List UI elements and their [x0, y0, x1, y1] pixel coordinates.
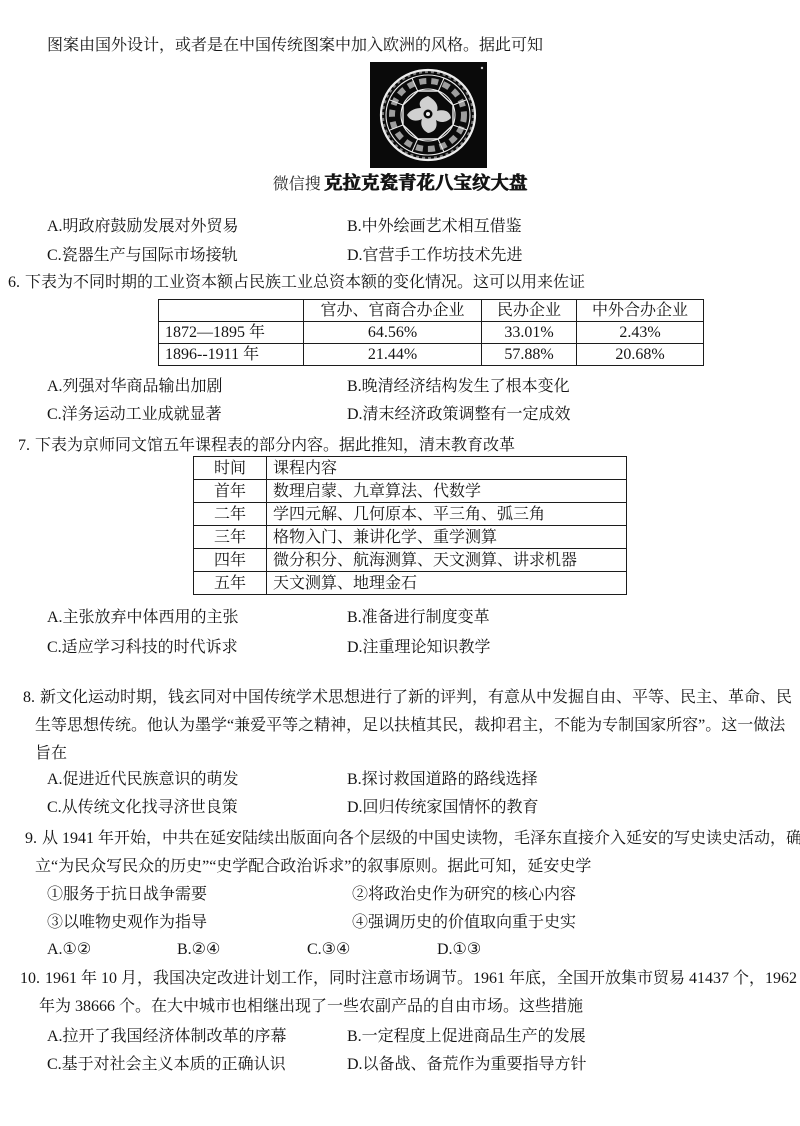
q9-items-row-34: ③以唯物史观作为指导 ④强调历史的价值取向重于史实 [0, 913, 800, 935]
q9-answer-b: B.②④ [177, 940, 220, 959]
q5-options-row-ab: A.明政府鼓励发展对外贸易 B.中外绘画艺术相互借鉴 [0, 217, 800, 239]
q6-option-b: B.晚清经济结构发生了根本变化 [347, 377, 570, 396]
q10-stem-line-1: 10.1961 年 10 月，我国决定改进计划工作，同时注意市场调节。1961 … [20, 969, 797, 988]
q8-options-row-cd: C.从传统文化找寻济世良策 D.回归传统家国情怀的教育 [0, 798, 800, 820]
q5-option-c: C.瓷器生产与国际市场接轨 [47, 246, 238, 265]
q10-stem-line-2: 年为 38666 个。在大中城市也相继出现了一些农副产品的自由市场。这些措施 [39, 997, 583, 1016]
q9-answer-d: D.①③ [437, 940, 481, 959]
q7-table-row-3: 三年 格物入门、兼讲化学、重学测算 [194, 526, 627, 549]
q7-row4-courses: 微分积分、航海测算、天文测算、讲求机器 [267, 549, 627, 572]
q10-options-row-cd: C.基于对社会主义本质的正确认识 D.以备战、备荒作为重要指导方针 [0, 1055, 800, 1077]
q7-options-row-ab: A.主张放弃中体西用的主张 B.准备进行制度变革 [0, 608, 800, 630]
q6-row1-val3: 2.43% [577, 322, 704, 344]
q9-item-3: ③以唯物史观作为指导 [47, 913, 207, 932]
q10-number: 10. [20, 970, 40, 987]
q7-row2-year: 二年 [194, 503, 267, 526]
q9-answer-a: A.①② [47, 940, 91, 959]
q6-number: 6. [8, 274, 20, 291]
q8-stem-line-1: 8.新文化运动时期，钱玄同对中国传统学术思想进行了新的评判，有意从中发掘自由、平… [23, 688, 792, 707]
q7-table-row-2: 二年 学四元解、几何原本、平三角、弧三角 [194, 503, 627, 526]
q8-options-row-ab: A.促进近代民族意识的萌发 B.探讨救国道路的路线选择 [0, 770, 800, 792]
q5-option-d: D.官营手工作坊技术先进 [347, 246, 523, 265]
q9-stem-line-1: 9.从 1941 年开始，中共在延安陆续出版面向各个层级的中国史读物，毛泽东直接… [25, 829, 800, 848]
q7-row5-year: 五年 [194, 572, 267, 595]
porcelain-plate-image [370, 62, 487, 168]
q7-row4-year: 四年 [194, 549, 267, 572]
q10-options-row-ab: A.拉开了我国经济体制改革的序幕 B.一定程度上促进商品生产的发展 [0, 1027, 800, 1049]
q7-row1-year: 首年 [194, 480, 267, 503]
porcelain-plate-figure [370, 62, 487, 168]
q7-row3-courses: 格物入门、兼讲化学、重学测算 [267, 526, 627, 549]
q6-row1-val2: 33.01% [482, 322, 577, 344]
q6-table-row-1: 1872—1895 年 64.56% 33.01% 2.43% [159, 322, 704, 344]
q6-option-a: A.列强对华商品输出加剧 [47, 377, 223, 396]
q8-option-b: B.探讨救国道路的路线选择 [347, 770, 538, 789]
q9-answers-row: A.①② B.②④ C.③④ D.①③ [0, 940, 800, 962]
q8-option-d: D.回归传统家国情怀的教育 [347, 798, 539, 817]
q10-option-c: C.基于对社会主义本质的正确认识 [47, 1055, 286, 1074]
q6-header-col2: 民办企业 [482, 300, 577, 322]
q7-stem: 7.下表为京师同文馆五年课程表的部分内容。据此推知，清末教育改革 [18, 436, 515, 455]
q6-header-col3: 中外合办企业 [577, 300, 704, 322]
q7-options-row-cd: C.适应学习科技的时代诉求 D.注重理论知识教学 [0, 638, 800, 660]
q5-options-row-cd: C.瓷器生产与国际市场接轨 D.官营手工作坊技术先进 [0, 246, 800, 268]
q6-options-row-cd: C.洋务运动工业成就显著 D.清末经济政策调整有一定成效 [0, 405, 800, 427]
q5-option-b: B.中外绘画艺术相互借鉴 [347, 217, 522, 236]
q6-table-row-2: 1896--1911 年 21.44% 57.88% 20.68% [159, 344, 704, 366]
q7-option-d: D.注重理论知识教学 [347, 638, 491, 657]
q10-stem-text-1: 1961 年 10 月，我国决定改进计划工作，同时注意市场调节。1961 年底，… [45, 970, 797, 987]
caption-watermark-text: 微信搜 [273, 176, 321, 193]
q10-option-b: B.一定程度上促进商品生产的发展 [347, 1027, 586, 1046]
q7-header-content: 课程内容 [267, 457, 627, 480]
q7-option-a: A.主张放弃中体西用的主张 [47, 608, 239, 627]
q5-option-a: A.明政府鼓励发展对外贸易 [47, 217, 239, 236]
q6-header-col1: 官办、官商合办企业 [304, 300, 482, 322]
exam-page: 图案由国外设计，或者是在中国传统图案中加入欧洲的风格。据此可知 [0, 0, 800, 1126]
q6-header-blank [159, 300, 304, 322]
q9-answer-c: C.③④ [307, 940, 350, 959]
q7-stem-text: 下表为京师同文馆五年课程表的部分内容。据此推知，清末教育改革 [35, 437, 515, 454]
q7-row2-courses: 学四元解、几何原本、平三角、弧三角 [267, 503, 627, 526]
q7-row1-courses: 数理启蒙、九章算法、代数学 [267, 480, 627, 503]
q9-item-4: ④强调历史的价值取向重于史实 [352, 913, 576, 932]
q8-option-a: A.促进近代民族意识的萌发 [47, 770, 239, 789]
q6-option-c: C.洋务运动工业成就显著 [47, 405, 222, 424]
q7-number: 7. [18, 437, 30, 454]
q9-items-row-12: ①服务于抗日战争需要 ②将政治史作为研究的核心内容 [0, 885, 800, 907]
q9-stem-text-1: 从 1941 年开始，中共在延安陆续出版面向各个层级的中国史读物，毛泽东直接介入… [42, 830, 800, 847]
q6-row2-val3: 20.68% [577, 344, 704, 366]
q8-stem-line-2: 生等思想传统。他认为墨学“兼爱平等之精神，足以扶植其民，裁抑君主，不能为专制国家… [35, 716, 785, 735]
q9-item-2: ②将政治史作为研究的核心内容 [352, 885, 576, 904]
q6-options-row-ab: A.列强对华商品输出加剧 B.晚清经济结构发生了根本变化 [0, 377, 800, 399]
q7-table-header-row: 时间 课程内容 [194, 457, 627, 480]
intro-line: 图案由国外设计，或者是在中国传统图案中加入欧洲的风格。据此可知 [47, 36, 543, 55]
q8-number: 8. [23, 689, 35, 706]
q6-row1-val1: 64.56% [304, 322, 482, 344]
q6-table-header-row: 官办、官商合办企业 民办企业 中外合办企业 [159, 300, 704, 322]
q6-table: 官办、官商合办企业 民办企业 中外合办企业 1872—1895 年 64.56%… [158, 299, 704, 366]
q7-header-time: 时间 [194, 457, 267, 480]
q8-option-c: C.从传统文化找寻济世良策 [47, 798, 238, 817]
q8-stem-text-1: 新文化运动时期，钱玄同对中国传统学术思想进行了新的评判，有意从中发掘自由、平等、… [40, 689, 792, 706]
q7-table-row-4: 四年 微分积分、航海测算、天文测算、讲求机器 [194, 549, 627, 572]
q6-option-d: D.清末经济政策调整有一定成效 [347, 405, 571, 424]
q6-stem: 6.下表为不同时期的工业资本额占民族工业总资本额的变化情况。这可以用来佐证 [8, 273, 585, 292]
q7-table: 时间 课程内容 首年 数理启蒙、九章算法、代数学 二年 学四元解、几何原本、平三… [193, 456, 627, 595]
q6-row2-period: 1896--1911 年 [159, 344, 304, 366]
caption-title: 克拉克瓷青花八宝纹大盘 [324, 173, 528, 193]
q10-option-a: A.拉开了我国经济体制改革的序幕 [47, 1027, 287, 1046]
q9-number: 9. [25, 830, 37, 847]
q7-table-row-1: 首年 数理启蒙、九章算法、代数学 [194, 480, 627, 503]
q8-stem-line-3: 旨在 [35, 744, 67, 763]
q9-stem-line-2: 立“为民众写民众的历史”“史学配合政治诉求”的叙事原则。据此可知，延安史学 [35, 857, 591, 876]
q7-table-row-5: 五年 天文测算、地理金石 [194, 572, 627, 595]
q10-option-d: D.以备战、备荒作为重要指导方针 [347, 1055, 587, 1074]
q7-row5-courses: 天文测算、地理金石 [267, 572, 627, 595]
q6-row1-period: 1872—1895 年 [159, 322, 304, 344]
q6-stem-text: 下表为不同时期的工业资本额占民族工业总资本额的变化情况。这可以用来佐证 [25, 274, 585, 291]
q7-option-b: B.准备进行制度变革 [347, 608, 490, 627]
q6-row2-val2: 57.88% [482, 344, 577, 366]
figure-caption: 微信搜克拉克瓷青花八宝纹大盘 [0, 174, 800, 194]
q6-row2-val1: 21.44% [304, 344, 482, 366]
q7-row3-year: 三年 [194, 526, 267, 549]
q9-item-1: ①服务于抗日战争需要 [47, 885, 207, 904]
q7-option-c: C.适应学习科技的时代诉求 [47, 638, 238, 657]
